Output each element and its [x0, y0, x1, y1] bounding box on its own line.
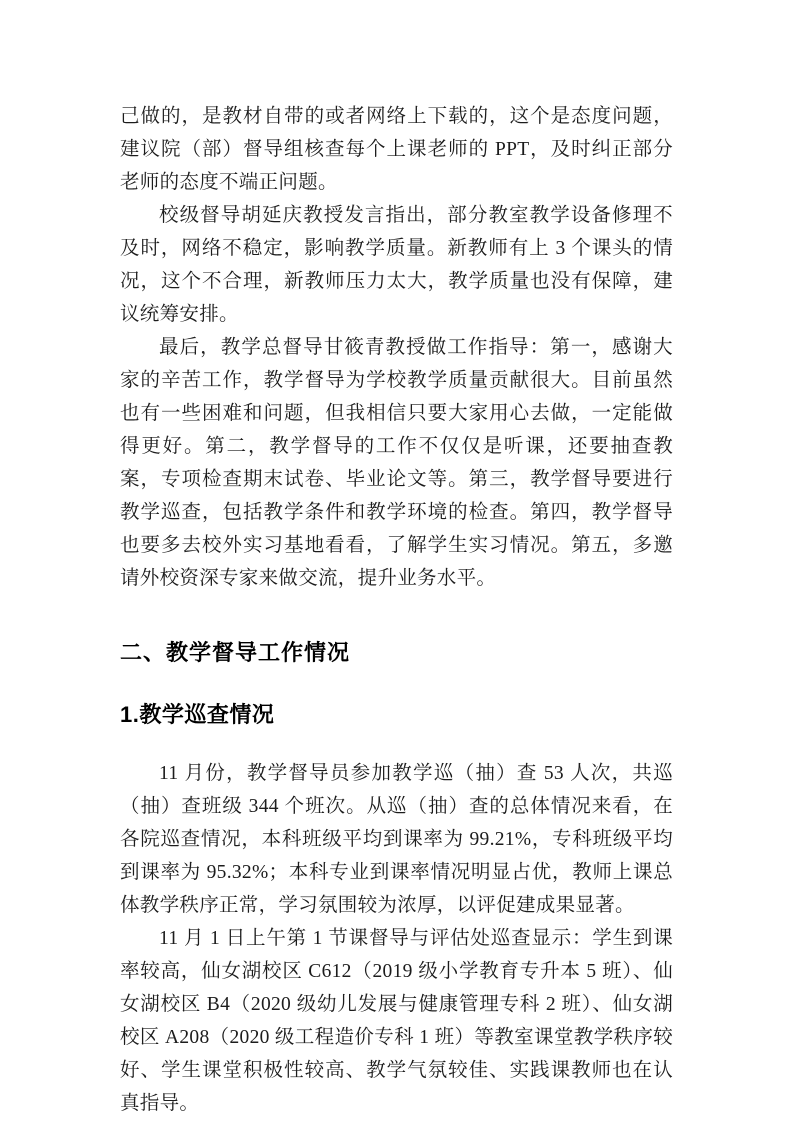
body-paragraph-gan-xiaoqing: 最后，教学总督导甘筱青教授做工作指导：第一，感谢大家的辛苦工作，教学督导为学校教…	[120, 331, 673, 595]
section-heading: 二、教学督导工作情况	[120, 636, 673, 669]
body-paragraph-november-stats: 11 月份，教学督导员参加教学巡（抽）查 53 人次，共巡（抽）查班级 344 …	[120, 757, 673, 922]
document-content: 己做的，是教材自带的或者网络上下载的，这个是态度问题，建议院（部）督导组核查每个…	[120, 100, 673, 1120]
document-page: 己做的，是教材自带的或者网络上下载的，这个是态度问题，建议院（部）督导组核查每个…	[0, 0, 793, 1122]
body-paragraph-continuation: 己做的，是教材自带的或者网络上下载的，这个是态度问题，建议院（部）督导组核查每个…	[120, 100, 673, 199]
subsection-heading: 1.教学巡查情况	[120, 698, 673, 731]
body-paragraph-november-first-inspection: 11 月 1 日上午第 1 节课督导与评估处巡查显示：学生到课率较高，仙女湖校区…	[120, 922, 673, 1120]
body-paragraph-hu-yanqing: 校级督导胡延庆教授发言指出，部分教室教学设备修理不及时，网络不稳定，影响教学质量…	[120, 199, 673, 331]
